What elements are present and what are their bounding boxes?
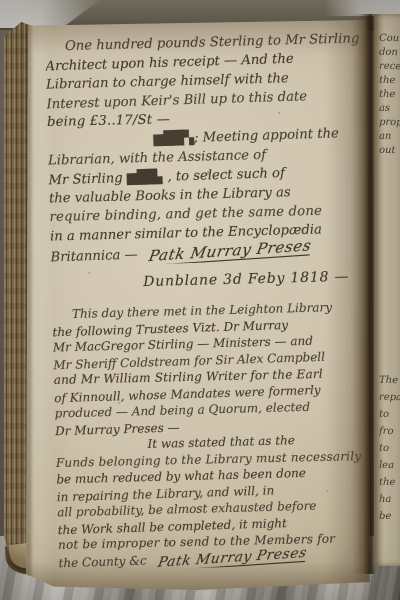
facing-page-line: The [379, 372, 400, 389]
facing-page-text-bottom: Therepatofrotoleathehabe [379, 372, 400, 525]
open-manuscript-book: One hundred pounds Sterling to Mr Stirli… [0, 12, 400, 590]
facing-page-line: prop [379, 116, 400, 130]
left-manuscript-page: One hundred pounds Sterling to Mr Stirli… [26, 20, 370, 590]
facing-page-line: out [379, 144, 400, 158]
facing-page-line: rece [379, 60, 400, 74]
facing-page-line-text: out [379, 145, 396, 156]
facing-page-line-text: don [379, 47, 398, 58]
minute-entry-1818: This day there met in the Leighton Libra… [52, 298, 377, 570]
facing-page-line: the [379, 88, 400, 102]
manuscript-text: One hundred pounds Sterling to Mr Stirli… [45, 29, 377, 591]
facing-page-line-text: an [379, 131, 392, 142]
facing-page-line-text: the [379, 477, 395, 488]
facing-page-line: the [379, 474, 400, 491]
facing-page-line-text: to [379, 443, 389, 454]
facing-page-line: Coun [379, 32, 400, 46]
facing-page-line: ha [379, 491, 400, 508]
facing-page-line: lea [379, 457, 400, 474]
facing-page-line: to [379, 406, 400, 423]
facing-page-line: repa [379, 389, 400, 406]
facing-page-line: to [379, 440, 400, 457]
minute-entry-continuation: One hundred pounds Sterling to Mr Stirli… [45, 29, 369, 266]
manuscript-line-text: the County &c [58, 553, 147, 570]
facing-page-line-text: prop [379, 117, 400, 128]
facing-page-line: the [379, 74, 400, 88]
facing-page-line-text: as [379, 103, 390, 114]
right-facing-page: Coundonrecethetheaspropanout Therepatofr… [374, 14, 400, 566]
facing-page-line: be [379, 508, 400, 525]
facing-page-line: as [379, 102, 400, 116]
photo-scene: One hundred pounds Sterling to Mr Stirli… [0, 0, 400, 600]
facing-page-line: an [379, 130, 400, 144]
facing-page-line-text: repa [379, 392, 400, 403]
facing-page-line-text: be [379, 511, 391, 522]
book-gutter-shadow [350, 14, 376, 574]
facing-page-line-text: ha [379, 494, 392, 505]
facing-page-line-text: the [379, 89, 395, 100]
facing-page-line-text: fro [379, 426, 394, 437]
facing-page-line: don [379, 46, 400, 60]
manuscript-line-text: Dr Murray Preses — [55, 420, 180, 438]
facing-page-text-top: Coundonrecethetheaspropanout [379, 32, 400, 158]
facing-page-line-text: rece [379, 61, 400, 72]
facing-page-line-text: to [379, 409, 389, 420]
manuscript-line-text: Britannica — [50, 248, 138, 266]
foxing-spots [26, 20, 28, 22]
entry-date-heading: Dunblane 3d Feby 1818 — [51, 268, 369, 292]
facing-page-line-text: the [379, 75, 395, 86]
facing-page-line-text: The [379, 375, 398, 386]
manuscript-line-text: being £3..17/St — [47, 112, 170, 130]
facing-page-line-text: lea [379, 460, 394, 471]
facing-page-line-text: Coun [379, 33, 400, 44]
manuscript-line-text: ▆██▚; Meeting appoint the [153, 126, 339, 147]
facing-page-line: fro [379, 423, 400, 440]
